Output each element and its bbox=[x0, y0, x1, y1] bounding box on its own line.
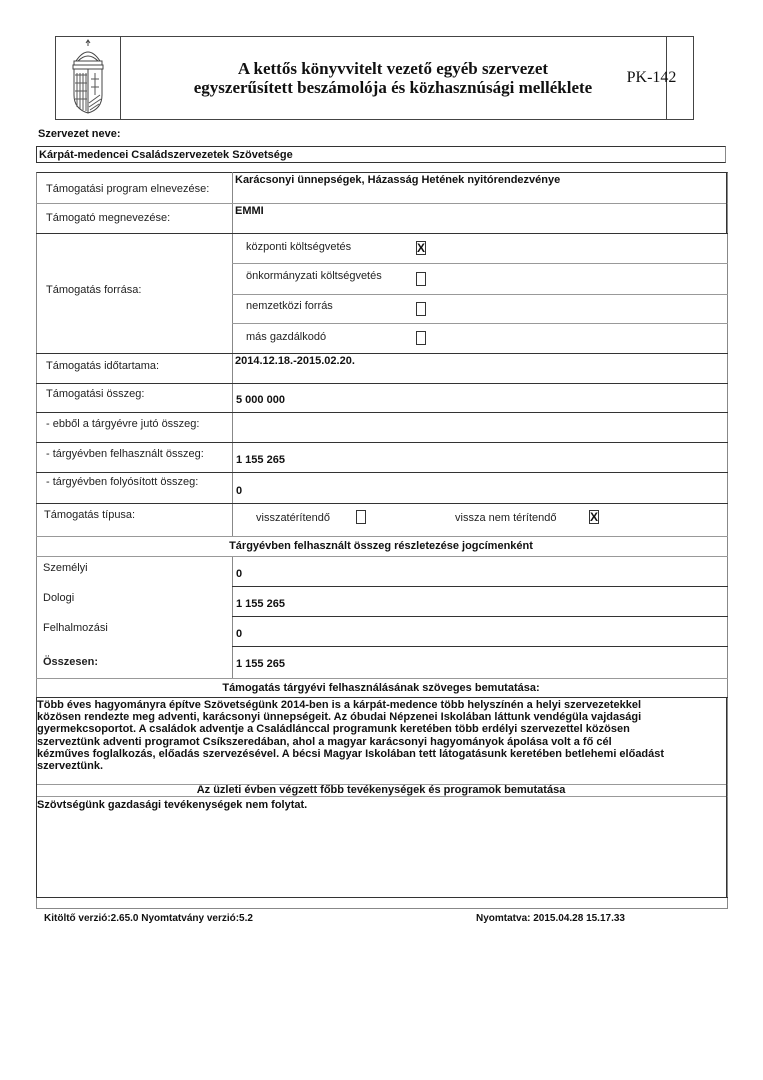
organization-label: Szervezet neve: bbox=[38, 128, 121, 140]
breakdown-capital-field[interactable]: 0 bbox=[236, 628, 242, 640]
table-bottom-strip bbox=[36, 897, 728, 909]
row-divider bbox=[36, 697, 728, 698]
usage-line: közösen rendezte meg adventi, karácsonyi… bbox=[37, 711, 727, 723]
program-name-field[interactable]: Karácsonyi ünnepségek, Házasság Hetének … bbox=[235, 174, 560, 186]
type-option-refundable: visszatérítendő bbox=[256, 512, 330, 524]
year-share-label: - ebből a tárgyévre jutó összeg: bbox=[46, 418, 199, 430]
source-option-international: nemzetközi forrás bbox=[246, 300, 333, 312]
row-divider bbox=[232, 263, 728, 264]
row-divider bbox=[36, 472, 728, 473]
row-divider bbox=[36, 897, 728, 898]
form-title: A kettős könyvvitelt vezető egyéb szerve… bbox=[120, 37, 667, 119]
type-option-non-refundable: vissza nem térítendő bbox=[455, 512, 557, 524]
row-divider bbox=[232, 616, 728, 617]
usage-line: kézműves foglalkozás, előadás szervezésé… bbox=[37, 748, 727, 760]
row-divider bbox=[36, 383, 728, 384]
source-option-municipal-budget: önkormányzati költségvetés bbox=[246, 270, 382, 282]
breakdown-personal-field[interactable]: 0 bbox=[236, 568, 242, 580]
usage-line: Több éves hagyományra építve Szövetségün… bbox=[37, 699, 727, 711]
grantor-label: Támogató megnevezése: bbox=[46, 212, 170, 224]
breakdown-material-field[interactable]: 1 155 265 bbox=[236, 598, 285, 610]
usage-description-heading: Támogatás tárgyévi felhasználásának szöv… bbox=[36, 682, 726, 694]
hungarian-coat-of-arms-icon bbox=[56, 37, 120, 119]
usage-description-text[interactable]: Több éves hagyományra építve Szövetségün… bbox=[37, 699, 727, 772]
business-activities-text[interactable]: Szövtségünk gazdasági tevékenységek nem … bbox=[37, 799, 727, 811]
type-non-refundable-checkbox[interactable]: X bbox=[589, 510, 599, 524]
title-line-1: A kettős könyvvitelt vezető egyéb szerve… bbox=[238, 59, 548, 78]
row-divider bbox=[36, 556, 728, 557]
breakdown-capital-label: Felhalmozási bbox=[43, 622, 108, 634]
row-divider bbox=[232, 294, 728, 295]
business-activities-heading: Az üzleti évben végzett főbb tevékenység… bbox=[36, 784, 726, 796]
duration-label: Támogatás időtartama: bbox=[46, 360, 159, 372]
breakdown-personal-label: Személyi bbox=[43, 562, 88, 574]
used-amount-label: - tárgyévben felhasznált összeg: bbox=[46, 448, 204, 460]
row-divider bbox=[36, 233, 728, 234]
grant-type-label: Támogatás típusa: bbox=[44, 509, 135, 521]
column-divider-2 bbox=[232, 556, 233, 678]
breakdown-total-field[interactable]: 1 155 265 bbox=[236, 658, 285, 670]
logo-cell bbox=[56, 37, 121, 119]
version-info: Kitöltő verzió:2.65.0 Nyomtatvány verzió… bbox=[44, 913, 253, 924]
usage-line: szerveztünk adventi programot Csíkszered… bbox=[37, 736, 727, 748]
row-divider bbox=[36, 203, 728, 204]
type-refundable-checkbox[interactable] bbox=[356, 510, 366, 524]
breakdown-heading: Tárgyévben felhasznált összeg részletezé… bbox=[36, 540, 726, 552]
amount-label: Támogatási összeg: bbox=[46, 388, 144, 400]
row-divider bbox=[36, 442, 728, 443]
row-divider bbox=[36, 796, 728, 797]
column-divider bbox=[232, 172, 233, 537]
source-other-business-checkbox[interactable] bbox=[416, 331, 426, 345]
row-divider bbox=[36, 678, 728, 679]
source-central-budget-checkbox[interactable]: X bbox=[416, 241, 426, 255]
usage-line: gyermekcsoportot. A családok adventje a … bbox=[37, 723, 727, 735]
used-amount-field[interactable]: 1 155 265 bbox=[236, 454, 285, 466]
source-municipal-budget-checkbox[interactable] bbox=[416, 272, 426, 286]
form-code: PK-142 bbox=[609, 36, 694, 120]
row-divider bbox=[232, 323, 728, 324]
breakdown-material-label: Dologi bbox=[43, 592, 74, 604]
usage-line: szerveztünk. bbox=[37, 760, 727, 772]
form-header: A kettős könyvvitelt vezető egyéb szerve… bbox=[55, 36, 694, 120]
source-option-central-budget: központi költségvetés bbox=[246, 241, 351, 253]
duration-field[interactable]: 2014.12.18.-2015.02.20. bbox=[235, 355, 355, 367]
row-divider bbox=[232, 586, 728, 587]
row-divider bbox=[36, 503, 728, 504]
source-international-checkbox[interactable] bbox=[416, 302, 426, 316]
title-line-2: egyszerűsített beszámolója és közhasznús… bbox=[194, 78, 592, 97]
right-edge bbox=[726, 172, 727, 234]
program-name-label: Támogatási program elnevezése: bbox=[46, 183, 209, 195]
paid-amount-field[interactable]: 0 bbox=[236, 485, 242, 497]
row-divider bbox=[36, 353, 728, 354]
print-timestamp: Nyomtatva: 2015.04.28 15.17.33 bbox=[476, 913, 625, 924]
row-divider bbox=[36, 536, 728, 537]
source-label: Támogatás forrása: bbox=[46, 284, 141, 296]
breakdown-total-label: Összesen: bbox=[43, 656, 98, 668]
organization-name-field[interactable]: Kárpát-medencei Családszervezetek Szövet… bbox=[36, 146, 726, 163]
grantor-field[interactable]: EMMI bbox=[235, 205, 264, 217]
source-option-other-business: más gazdálkodó bbox=[246, 331, 326, 343]
row-divider bbox=[232, 646, 728, 647]
amount-field[interactable]: 5 000 000 bbox=[236, 394, 285, 406]
paid-amount-label: - tárgyévben folyósított összeg: bbox=[46, 476, 198, 488]
row-divider bbox=[36, 412, 728, 413]
